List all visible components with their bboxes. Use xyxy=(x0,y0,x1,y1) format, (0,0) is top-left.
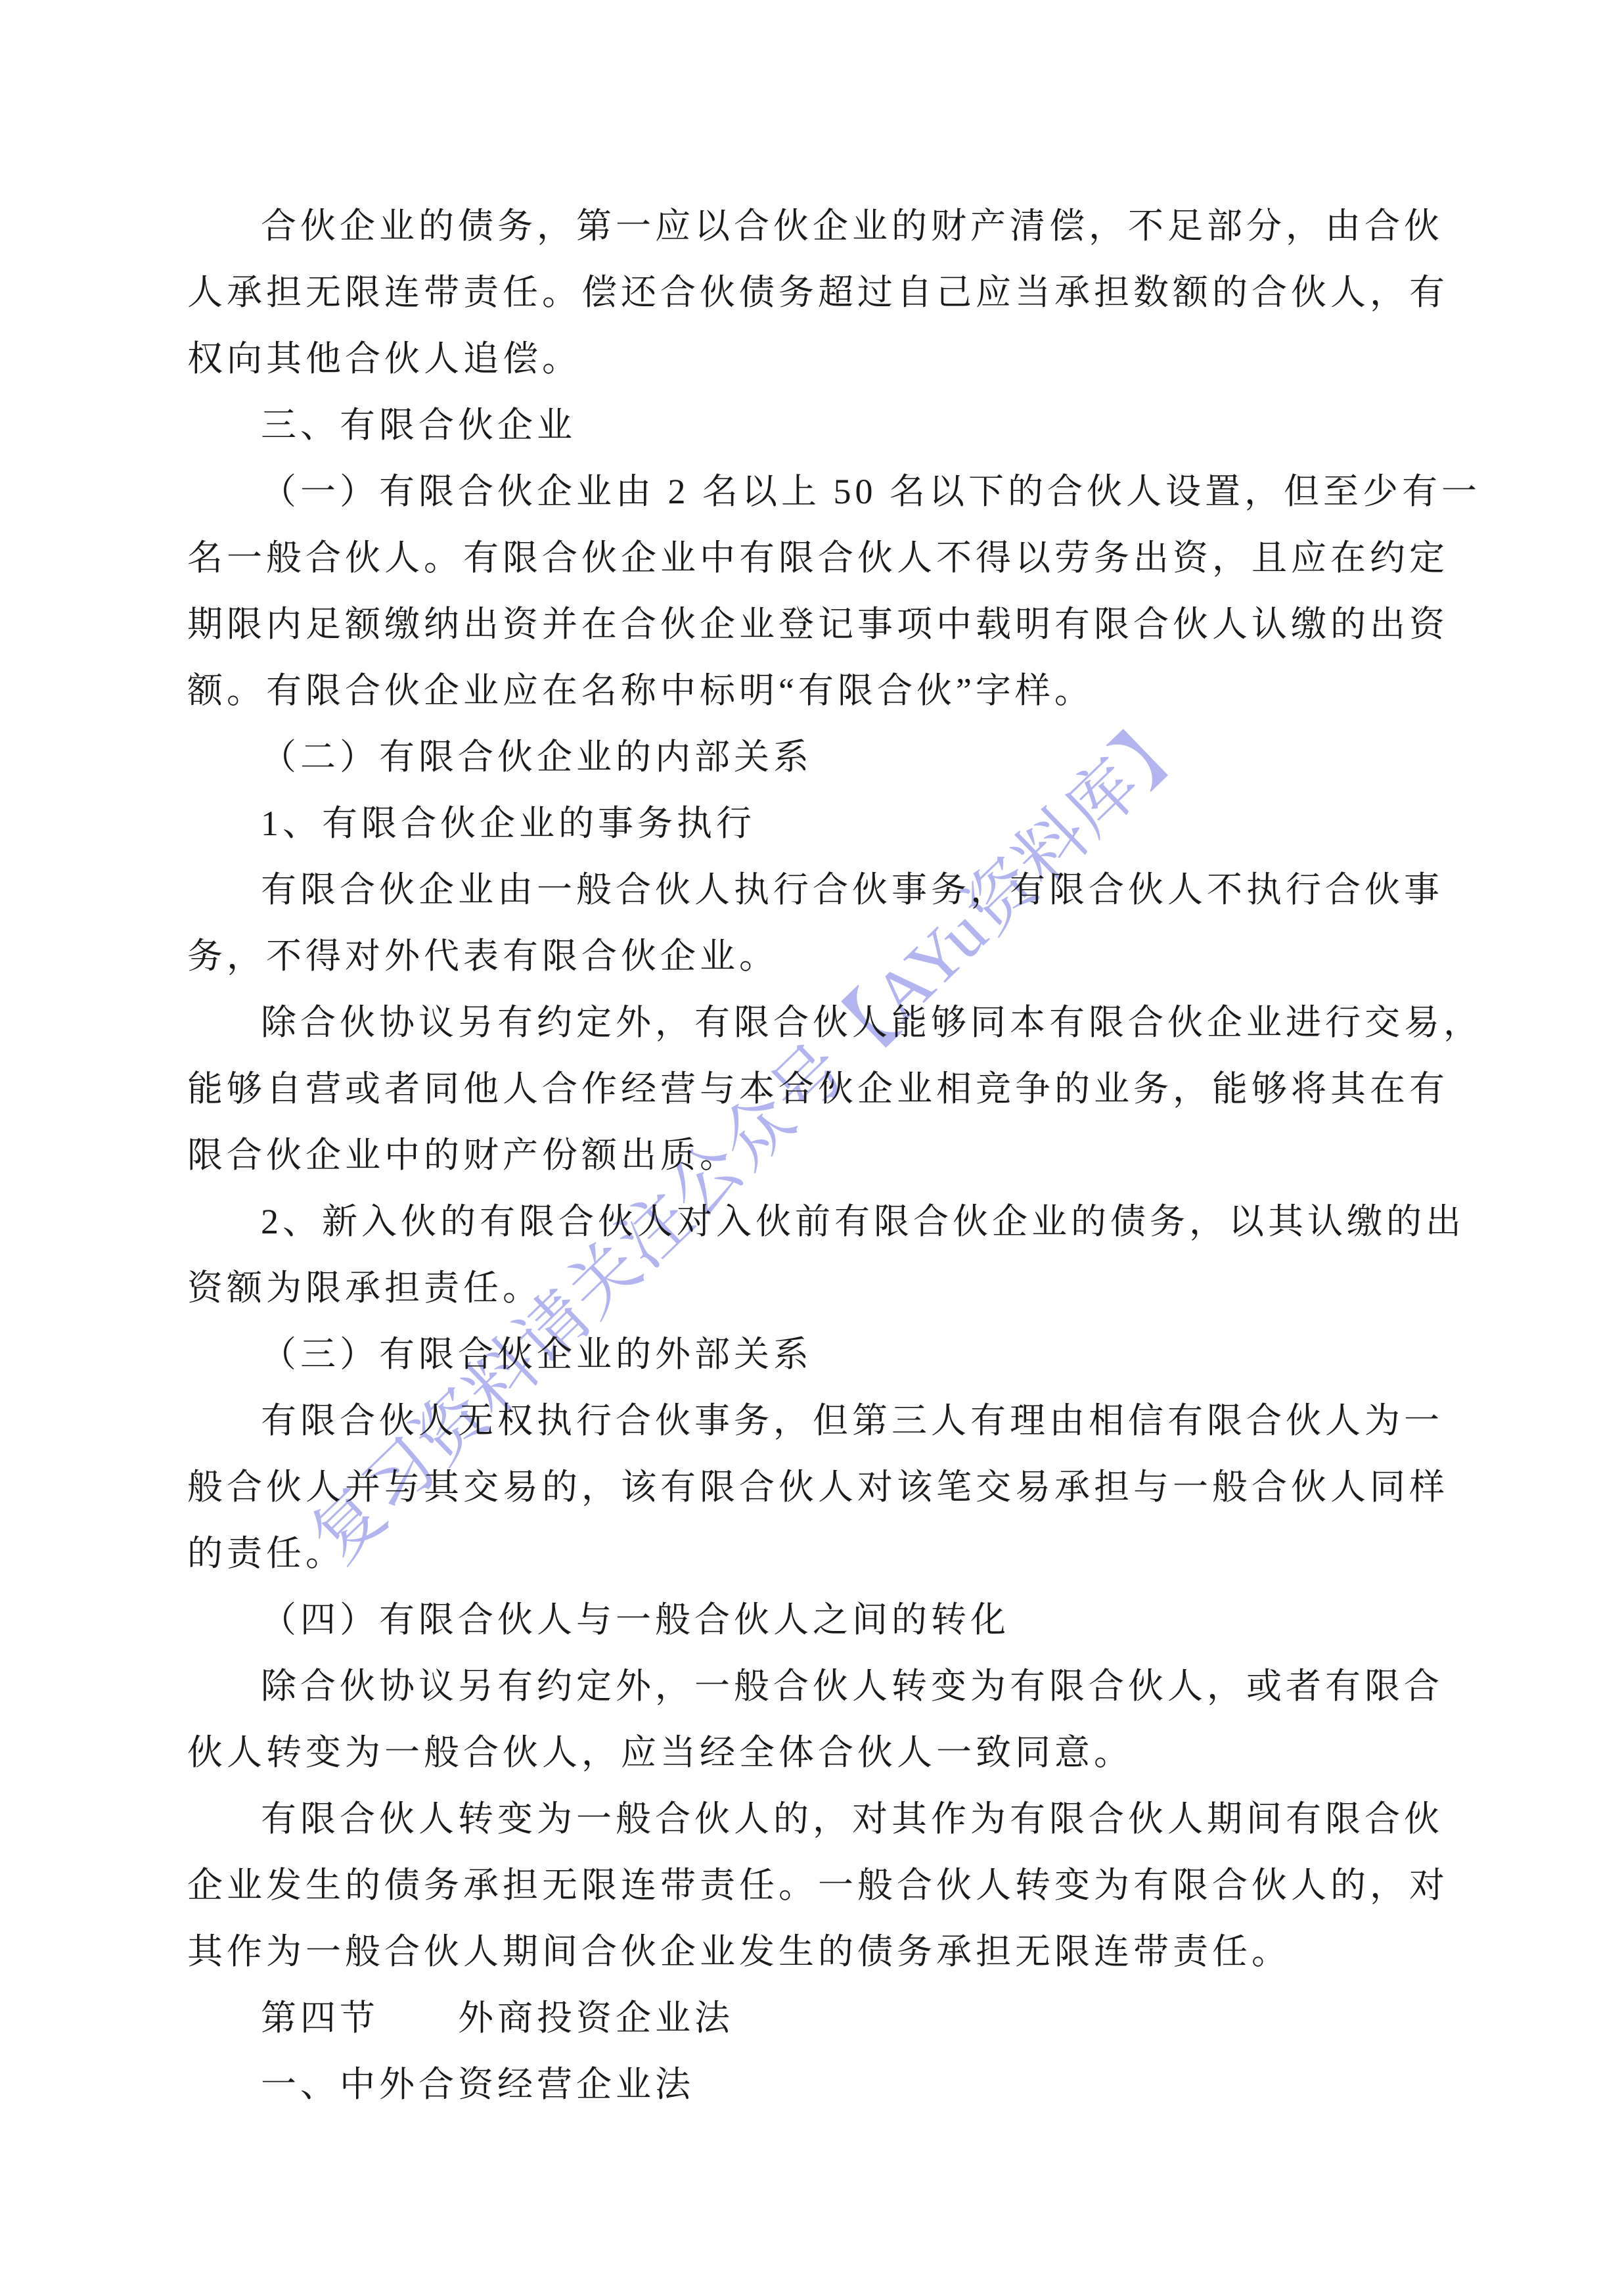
text-line: 限合伙企业中的财产份额出质。 xyxy=(187,1122,1435,1189)
text-line: 有限合伙人转变为一般合伙人的，对其作为有限合伙人期间有限合伙 xyxy=(187,1786,1435,1852)
text-line: 有限合伙人无权执行合伙事务，但第三人有理由相信有限合伙人为一 xyxy=(187,1388,1435,1454)
text-line: 2、新入伙的有限合伙人对入伙前有限合伙企业的债务，以其认缴的出 xyxy=(187,1189,1435,1255)
text-line: 除合伙协议另有约定外，一般合伙人转变为有限合伙人，或者有限合 xyxy=(187,1653,1435,1720)
text-line: 1、有限合伙企业的事务执行 xyxy=(187,791,1435,857)
text-line: 能够自营或者同他人合作经营与本合伙企业相竞争的业务，能够将其在有 xyxy=(187,1056,1435,1122)
text-line: 有限合伙企业由一般合伙人执行合伙事务，有限合伙人不执行合伙事 xyxy=(187,857,1435,923)
text-line: 额。有限合伙企业应在名称中标明“有限合伙”字样。 xyxy=(187,658,1435,724)
text-line: 合伙企业的债务，第一应以合伙企业的财产清偿，不足部分，由合伙 xyxy=(187,193,1435,260)
text-line: 伙人转变为一般合伙人，应当经全体合伙人一致同意。 xyxy=(187,1720,1435,1786)
text-line: 企业发生的债务承担无限连带责任。一般合伙人转变为有限合伙人的，对 xyxy=(187,1852,1435,1919)
text-line: （二）有限合伙企业的内部关系 xyxy=(187,724,1435,791)
text-line: 人承担无限连带责任。偿还合伙债务超过自己应当承担数额的合伙人，有 xyxy=(187,260,1435,326)
text-line: 的责任。 xyxy=(187,1521,1435,1587)
text-line: 第四节 外商投资企业法 xyxy=(187,1985,1435,2052)
text-line: 名一般合伙人。有限合伙企业中有限合伙人不得以劳务出资，且应在约定 xyxy=(187,525,1435,591)
text-line: 三、有限合伙企业 xyxy=(187,392,1435,459)
text-line: 一、中外合资经营企业法 xyxy=(187,2052,1435,2118)
text-line: （一）有限合伙企业由 2 名以上 50 名以下的合伙人设置，但至少有一 xyxy=(187,459,1435,525)
text-line: 其作为一般合伙人期间合伙企业发生的债务承担无限连带责任。 xyxy=(187,1919,1435,1985)
text-line: 除合伙协议另有约定外，有限合伙人能够同本有限合伙企业进行交易， xyxy=(187,990,1435,1056)
text-line: 资额为限承担责任。 xyxy=(187,1255,1435,1321)
document-page: 复习资料请关注公众号【AYu资料库】 合伙企业的债务，第一应以合伙企业的财产清偿… xyxy=(0,0,1624,2296)
text-line: 务，不得对外代表有限合伙企业。 xyxy=(187,923,1435,990)
text-line: 权向其他合伙人追偿。 xyxy=(187,326,1435,392)
document-body: 合伙企业的债务，第一应以合伙企业的财产清偿，不足部分，由合伙人承担无限连带责任。… xyxy=(187,193,1435,2118)
text-line: （三）有限合伙企业的外部关系 xyxy=(187,1321,1435,1388)
text-line: 期限内足额缴纳出资并在合伙企业登记事项中载明有限合伙人认缴的出资 xyxy=(187,591,1435,658)
text-line: 般合伙人并与其交易的，该有限合伙人对该笔交易承担与一般合伙人同样 xyxy=(187,1454,1435,1521)
text-line: （四）有限合伙人与一般合伙人之间的转化 xyxy=(187,1587,1435,1653)
